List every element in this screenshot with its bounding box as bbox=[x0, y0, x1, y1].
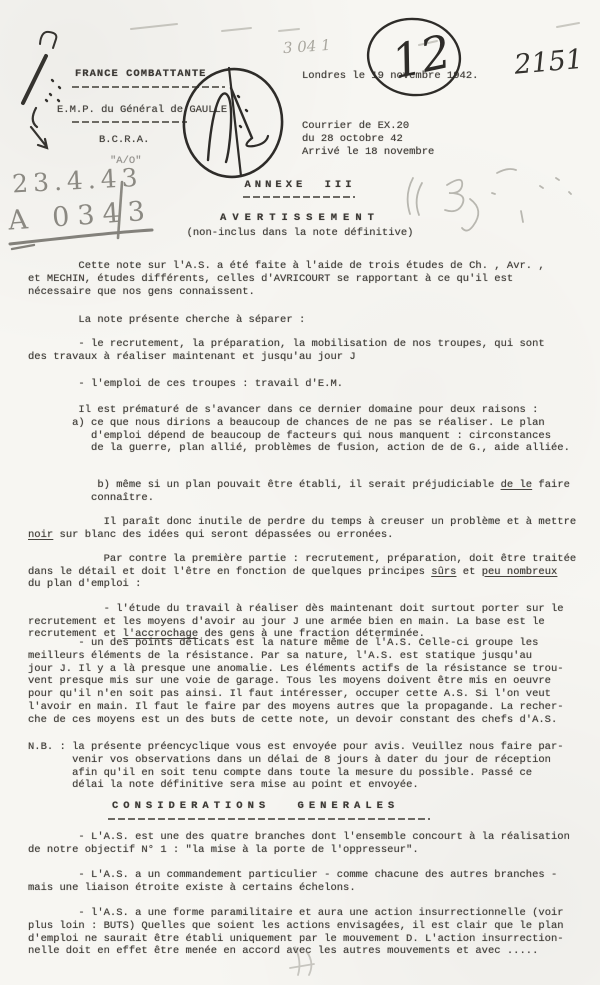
org-name-rule bbox=[72, 86, 225, 88]
paragraph-nota-bene: N.B. : la présente préencyclique vous es… bbox=[28, 741, 588, 792]
paragraph-recrutement: - le recrutement, la préparation, la mob… bbox=[28, 338, 588, 364]
paragraph-b-text: b) même si un plan pouvait être établi, … bbox=[53, 479, 500, 491]
scan-noise-marks bbox=[131, 23, 579, 45]
paragraph-par-contre-text-3: du plan d'emploi : bbox=[28, 578, 141, 590]
courrier-line-1: Courrier de EX.20 bbox=[302, 120, 409, 133]
paragraph-commandement: - L'A.S. a un commandement particulier -… bbox=[28, 869, 588, 895]
courrier-line-3: Arrivé le 18 novembre bbox=[302, 146, 434, 159]
annexe-title-rule bbox=[243, 196, 355, 198]
annexe-title: ANNEXE III bbox=[0, 179, 600, 192]
paragraph-quatre-branches: - L'A.S. est une des quatre branches don… bbox=[28, 831, 588, 857]
paragraph-premature: Il est prématuré de s'avancer dans ce de… bbox=[28, 404, 588, 455]
margin-pen-marks bbox=[23, 32, 60, 148]
paragraph-inutile-text: Il paraît donc inutile de perdre du temp… bbox=[53, 516, 576, 528]
paragraph-par-contre-text-2: et bbox=[456, 566, 481, 578]
corner-number-text: 2151 bbox=[512, 44, 584, 81]
paragraph-emploi: - l'emploi de ces troupes : travail d'E.… bbox=[28, 378, 588, 391]
org-staff-rule bbox=[72, 121, 187, 123]
org-bcra: B.C.R.A. bbox=[99, 134, 149, 147]
org-name: FRANCE COMBATTANTE bbox=[75, 68, 206, 81]
courrier-line-2: du 28 octobre 42 bbox=[302, 133, 403, 146]
paragraph-intro: Cette note sur l'A.S. a été faite à l'ai… bbox=[28, 260, 588, 298]
paragraph-b-underlined: de le bbox=[501, 479, 533, 491]
org-staff-line: E.M.P. du Général de GAULLE bbox=[57, 104, 227, 117]
circled-number: 12 bbox=[364, 14, 463, 99]
paragraph-inutile-text-2: sur blanc des idées qui seront dépassées… bbox=[53, 529, 393, 541]
paragraph-separer: La note présente cherche à séparer : bbox=[28, 314, 588, 327]
avertissement-subtitle: (non-inclus dans la note définitive) bbox=[0, 227, 600, 240]
considerations-rule bbox=[108, 818, 430, 820]
paragraph-paramilitaire: - l'A.S. a une forme paramilitaire et au… bbox=[28, 907, 588, 958]
org-section: "A/O" bbox=[110, 155, 142, 168]
paragraph-inutile-underlined: noir bbox=[28, 529, 53, 541]
paragraph-par-contre-underlined-2: peu nombreux bbox=[482, 566, 558, 578]
paragraph-points-delicats: - un des points délicats est la nature m… bbox=[28, 637, 588, 727]
paragraph-par-contre-underlined-1: sûrs bbox=[431, 566, 456, 578]
scanned-document-page: FRANCE COMBATTANTE E.M.P. du Général de … bbox=[0, 0, 600, 985]
paraph-scribble bbox=[178, 63, 288, 182]
place-date-line: Londres le 19 novembre 1942. bbox=[302, 70, 478, 83]
considerations-heading: CONSIDERATIONS GENERALES bbox=[112, 800, 399, 813]
avertissement-title: AVERTISSEMENT bbox=[0, 212, 600, 225]
faint-note-text: 3 04 1 bbox=[282, 36, 331, 57]
